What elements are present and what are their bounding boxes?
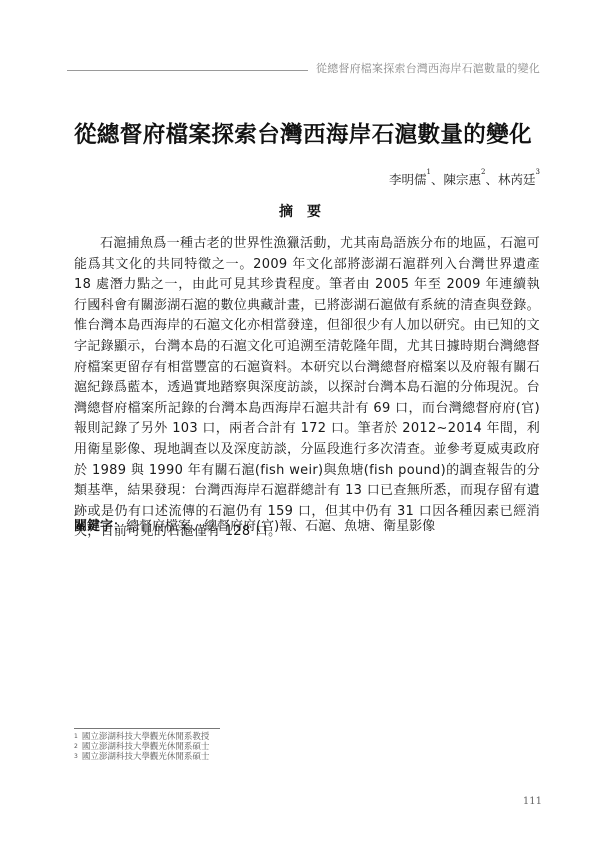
footnote-mark: 2 [74, 743, 78, 750]
author-name: 林芮廷 [498, 172, 536, 187]
footnote: 1國立澎湖科技大學觀光休閒系教授 [74, 732, 209, 742]
author-name: 陳宗惠 [444, 172, 482, 187]
footnotes: 1國立澎湖科技大學觀光休閒系教授 2國立澎湖科技大學觀光休閒系碩士 3國立澎湖科… [74, 732, 209, 762]
keywords: 關鍵字：總督府檔案、總督府府(官)報、石滬、魚塘、衛星影像 [74, 515, 540, 534]
keywords-text: 總督府檔案、總督府府(官)報、石滬、魚塘、衛星影像 [126, 519, 435, 534]
running-header-text: 從總督府檔案探索台灣西海岸石滬數量的變化 [316, 60, 540, 76]
footnote: 3國立澎湖科技大學觀光休閒系碩士 [74, 752, 209, 762]
author-note-mark: 2 [481, 168, 485, 176]
footnote: 2國立澎湖科技大學觀光休閒系碩士 [74, 742, 209, 752]
author-note-mark: 1 [427, 168, 431, 176]
footnote-rule [74, 728, 220, 729]
author-separator: 、 [486, 172, 499, 187]
abstract-body: 石滬捕魚爲一種古老的世界性漁獵活動，尤其南島語族分布的地區，石滬可能爲其文化的共… [74, 234, 540, 543]
author-separator: 、 [431, 172, 444, 187]
author-name: 李明儒 [389, 172, 427, 187]
footnote-mark: 3 [74, 753, 78, 760]
author-list: 李明儒1、陳宗惠2、林芮廷3 [389, 170, 540, 188]
running-header: 從總督府檔案探索台灣西海岸石滬數量的變化 [67, 60, 540, 76]
footnote-text: 國立澎湖科技大學觀光休閒系碩士 [82, 752, 210, 762]
abstract-heading: 摘要 [0, 201, 600, 221]
footnote-text: 國立澎湖科技大學觀光休閒系教授 [82, 732, 210, 742]
footnote-text: 國立澎湖科技大學觀光休閒系碩士 [82, 742, 210, 752]
page-number: 111 [520, 796, 542, 807]
footnote-mark: 1 [74, 733, 78, 740]
header-rule [67, 70, 308, 71]
keywords-label: 關鍵字： [74, 519, 126, 534]
author-note-mark: 3 [536, 168, 540, 176]
paper-title: 從總督府檔案探索台灣西海岸石滬數量的變化 [74, 117, 540, 149]
